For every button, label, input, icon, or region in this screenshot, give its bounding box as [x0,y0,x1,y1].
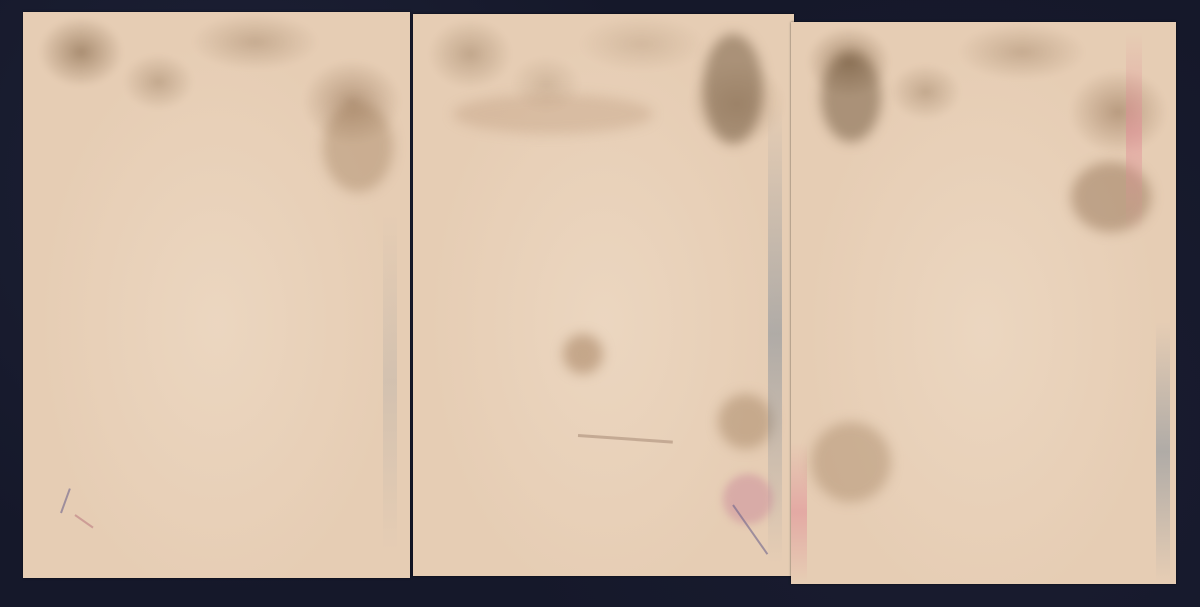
pink-bleed-edge [1126,32,1142,232]
bleed-through-edge [383,212,397,552]
paper-sheet-left [23,12,410,578]
pencil-mark [74,514,93,528]
paper-sheet-right [791,22,1176,584]
ring-stain [811,422,891,502]
spot-stain [718,394,773,449]
faint-line [578,434,673,444]
dark-stain-top-left [821,52,881,142]
pink-blue-bleed [723,474,773,524]
pink-bleed-edge [791,442,807,582]
bleed-through-edge [1156,322,1170,582]
dark-stain-top-right [703,34,763,144]
arc-stain [453,94,653,134]
pencil-mark [60,488,71,513]
spot-stain [563,334,603,374]
water-stain [323,102,393,192]
paper-sheet-middle [413,14,794,576]
